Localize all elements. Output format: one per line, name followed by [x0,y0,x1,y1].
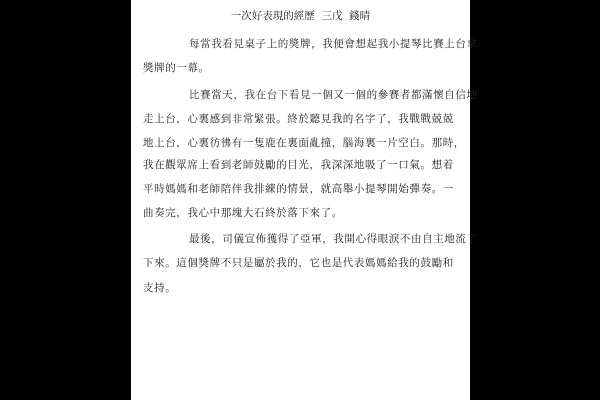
paragraph-3-line-2: 下來。這個獎牌不只是屬於我的，它也是代表媽媽給我的鼓勵和 [143,255,454,270]
paragraph-1-line-1: 每當我看見桌子上的獎牌，我便會想起我小提琴比賽上台拿 [189,36,478,51]
paragraph-3-line-3: 支持。 [143,280,176,295]
paragraph-2-line-6: 曲奏完，我心中那塊大石終於落下來了。 [143,205,343,220]
paragraph-1-line-2: 獎牌的一幕。 [143,60,210,75]
document-title: 一次好表現的經歷 三戊 錢晴 [131,8,470,23]
paragraph-2-line-2: 走上台，心裏感到非常緊張。終於聽見我的名字了，我戰戰兢兢 [143,111,454,126]
paragraph-2-line-3: 地上台，心裏彷彿有一隻鹿在裏面亂撞，腦海裏一片空白。那時， [143,135,465,150]
paragraph-2-line-4: 我在觀眾席上看到老師鼓勵的目光，我深深地吸了一口氣。想着 [143,157,454,172]
document-page: 一次好表現的經歷 三戊 錢晴 每當我看見桌子上的獎牌，我便會想起我小提琴比賽上台… [131,0,470,400]
paragraph-2-line-5: 平時媽媽和老師陪伴我排練的情景，就高舉小提琴開始彈奏。一 [143,181,454,196]
paragraph-2-line-1: 比賽當天，我在台下看見一個又一個的參賽者都滿懷自信地 [189,87,478,102]
paragraph-3-line-1: 最後，司儀宣佈獲得了亞軍，我開心得眼淚不由自主地流了 [189,231,478,246]
